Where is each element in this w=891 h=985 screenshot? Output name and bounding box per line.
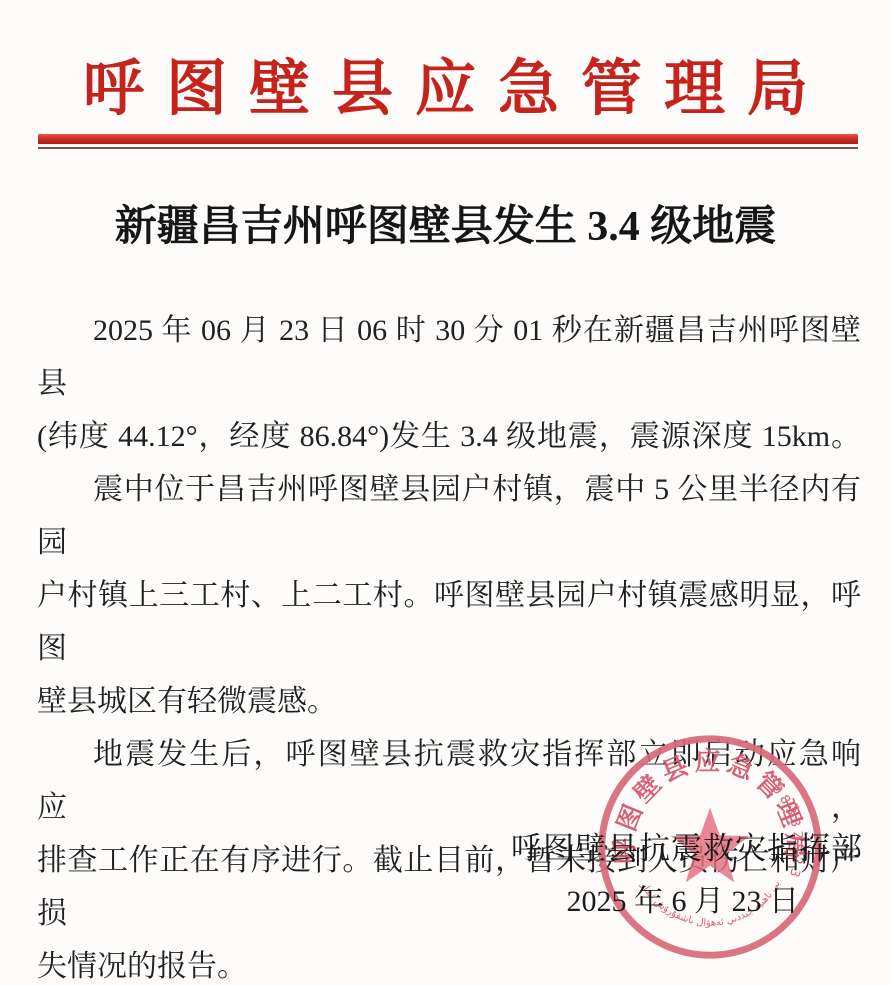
notice-title: 新疆昌吉州呼图壁县发生 3.4 级地震 [20, 201, 871, 254]
notice-document: 呼图壁县应急管理局 新疆昌吉州呼图壁县发生 3.4 级地震 2025 年 06 … [0, 0, 891, 985]
issuer-signature: 呼图壁县抗震救灾指挥部 [511, 823, 863, 868]
agency-letterhead: 呼图壁县应急管理局 [0, 56, 891, 123]
letterhead-rule-thick [38, 134, 858, 144]
paragraph-2-line-1: 震中位于昌吉州呼图壁县园户村镇，震中 5 公里半径内有园 [37, 463, 861, 569]
letterhead-rule-thin [38, 147, 858, 149]
paragraph-1-line-1: 2025 年 06 月 23 日 06 时 30 分 01 秒在新疆昌吉州呼图壁… [37, 304, 861, 410]
issue-date: 2025 年 6 月 23 日 [567, 876, 800, 920]
paragraph-2-line-2: 户村镇上三工村、上二工村。呼图壁县园户村镇震感明显，呼图 [37, 569, 861, 675]
paragraph-2-line-3: 壁县城区有轻微震感。 [37, 675, 861, 728]
paragraph-1-line-2: (纬度 44.12°，经度 86.84°)发生 3.4 级地震，震源深度 15k… [37, 410, 861, 463]
